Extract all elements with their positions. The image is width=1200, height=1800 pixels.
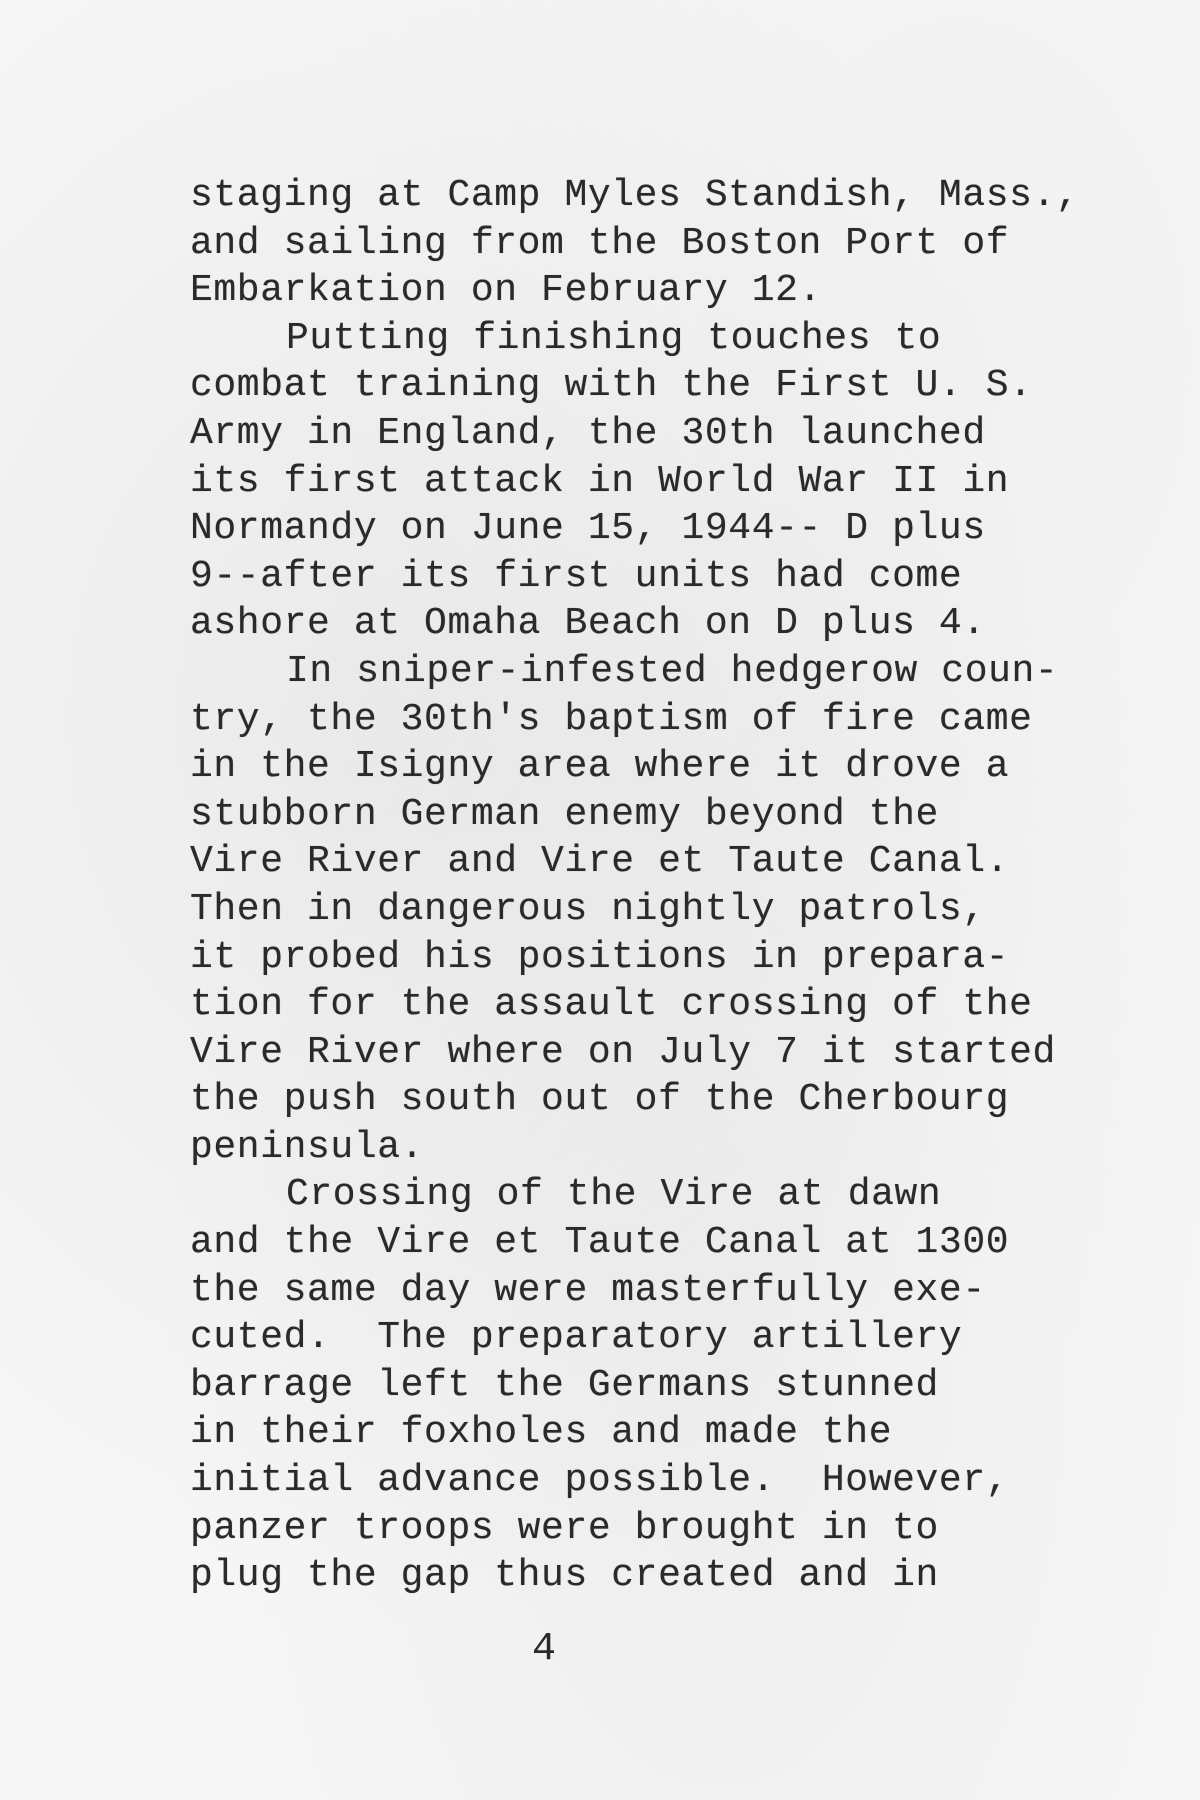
text-line: Vire River and Vire et Taute Canal.	[190, 838, 1130, 886]
text-line: stubborn German enemy beyond the	[190, 791, 1130, 839]
text-line: initial advance possible. However,	[190, 1457, 1130, 1505]
document-page: staging at Camp Myles Standish, Mass.,an…	[0, 0, 1200, 1800]
text-line: panzer troops were brought in to	[190, 1505, 1130, 1553]
text-line: and sailing from the Boston Port of	[190, 220, 1130, 268]
text-line: Normandy on June 15, 1944-- D plus	[190, 505, 1130, 553]
paragraph: In sniper-infested hedgerow coun-try, th…	[190, 648, 1130, 1172]
text-line: 9--after its first units had come	[190, 553, 1130, 601]
text-line: it probed his positions in prepara-	[190, 934, 1130, 982]
text-line: try, the 30th's baptism of fire came	[190, 696, 1130, 744]
text-line: in their foxholes and made the	[190, 1409, 1130, 1457]
text-line: ashore at Omaha Beach on D plus 4.	[190, 600, 1130, 648]
text-line: the same day were masterfully exe-	[190, 1267, 1130, 1315]
typewritten-body-text: staging at Camp Myles Standish, Mass.,an…	[190, 172, 1130, 1600]
text-line: its first attack in World War II in	[190, 458, 1130, 506]
text-line: Crossing of the Vire at dawn	[190, 1171, 1130, 1219]
paragraph: staging at Camp Myles Standish, Mass.,an…	[190, 172, 1130, 315]
text-line: tion for the assault crossing of the	[190, 981, 1130, 1029]
text-line: Embarkation on February 12.	[190, 267, 1130, 315]
text-line: Then in dangerous nightly patrols,	[190, 886, 1130, 934]
paragraph: Crossing of the Vire at dawnand the Vire…	[190, 1171, 1130, 1599]
text-line: cuted. The preparatory artillery	[190, 1314, 1130, 1362]
text-line: barrage left the Germans stunned	[190, 1362, 1130, 1410]
text-line: Putting finishing touches to	[190, 315, 1130, 363]
text-line: the push south out of the Cherbourg	[190, 1076, 1130, 1124]
page-number: 4	[532, 1627, 556, 1672]
text-line: and the Vire et Taute Canal at 1300	[190, 1219, 1130, 1267]
text-line: in the Isigny area where it drove a	[190, 743, 1130, 791]
text-line: plug the gap thus created and in	[190, 1552, 1130, 1600]
text-line: peninsula.	[190, 1124, 1130, 1172]
text-line: Army in England, the 30th launched	[190, 410, 1130, 458]
text-line: staging at Camp Myles Standish, Mass.,	[190, 172, 1130, 220]
text-line: combat training with the First U. S.	[190, 362, 1130, 410]
paragraph: Putting finishing touches tocombat train…	[190, 315, 1130, 648]
text-line: In sniper-infested hedgerow coun-	[190, 648, 1130, 696]
text-line: Vire River where on July 7 it started	[190, 1029, 1130, 1077]
